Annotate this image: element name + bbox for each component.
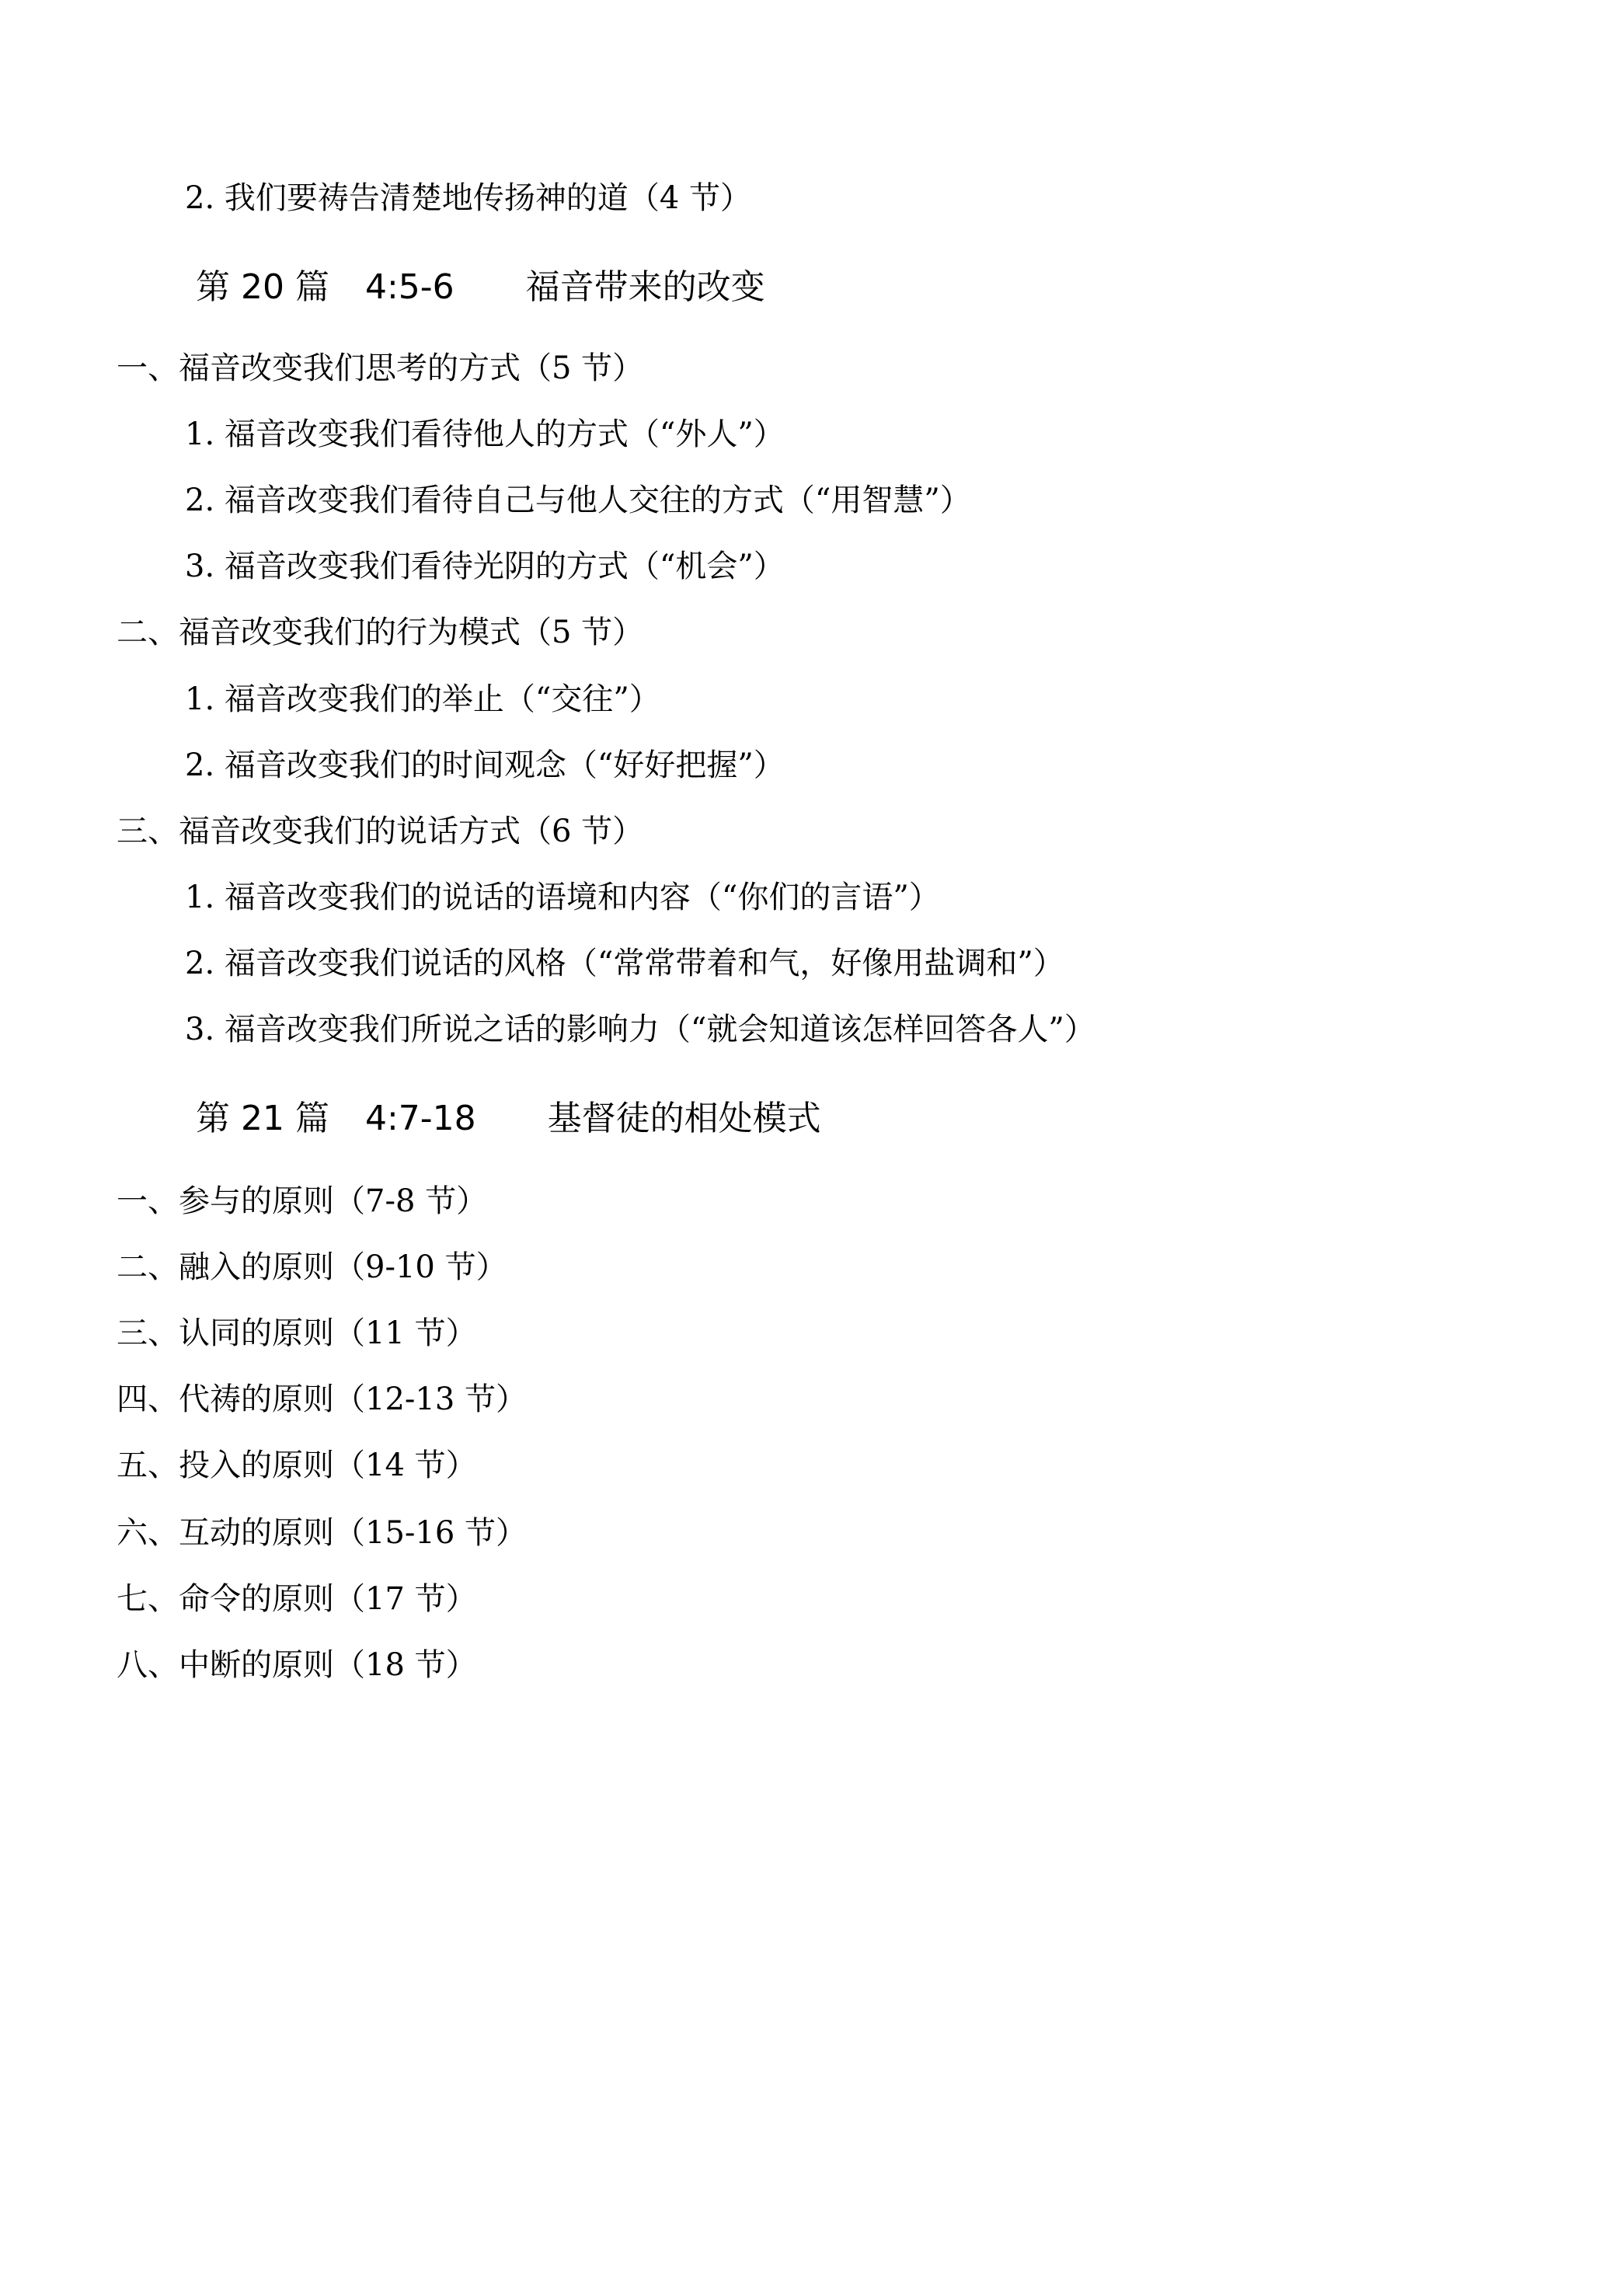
section-number: 第 21 篇 (196, 1098, 329, 1140)
outline-subitem: 3. 福音改变我们看待光阴的方式（“机会”） (185, 548, 785, 585)
outline-item: 二、福音改变我们的行为模式（5 节） (117, 614, 643, 651)
outline-item: 五、投入的原则（14 节） (117, 1447, 477, 1484)
scripture-reference: 4:5-6 (365, 267, 454, 308)
section-number: 第 20 篇 (196, 267, 329, 308)
outline-subitem: 1. 福音改变我们的举止（“交往”） (185, 681, 660, 718)
section-title: 基督徒的相处模式 (548, 1098, 821, 1140)
outline-subitem: 1. 福音改变我们看待他人的方式（“外人”） (185, 416, 785, 453)
outline-item: 2. 我们要祷告清楚地传扬神的道（4 节） (185, 179, 751, 217)
outline-item: 三、认同的原则（11 节） (117, 1315, 477, 1352)
outline-subitem: 1. 福音改变我们的说话的语境和内容（“你们的言语”） (185, 879, 940, 916)
outline-item: 一、福音改变我们思考的方式（5 节） (117, 350, 643, 387)
outline-subitem: 2. 福音改变我们看待自己与他人交往的方式（“用智慧”） (185, 482, 971, 519)
outline-item: 四、代祷的原则（12-13 节） (117, 1381, 527, 1418)
outline-subitem: 2. 福音改变我们说话的风格（“常常带着和气，好像用盐调和”） (185, 945, 1064, 982)
outline-item: 二、融入的原则（9-10 节） (117, 1249, 507, 1286)
outline-item: 七、命令的原则（17 节） (117, 1580, 477, 1618)
section-heading-20: 第 20 篇4:5-6福音带来的改变 (196, 267, 765, 308)
outline-item: 一、参与的原则（7-8 节） (117, 1183, 487, 1220)
section-heading-21: 第 21 篇4:7-18基督徒的相处模式 (196, 1098, 821, 1140)
outline-item: 八、中断的原则（18 节） (117, 1646, 477, 1684)
scripture-reference: 4:7-18 (365, 1098, 476, 1140)
section-title: 福音带来的改变 (526, 267, 765, 308)
outline-item: 六、互动的原则（15-16 节） (117, 1514, 527, 1552)
outline-item: 三、福音改变我们的说话方式（6 节） (117, 813, 643, 850)
outline-subitem: 2. 福音改变我们的时间观念（“好好把握”） (185, 747, 785, 784)
outline-subitem: 3. 福音改变我们所说之话的影响力（“就会知道该怎样回答各人”） (185, 1011, 1095, 1048)
